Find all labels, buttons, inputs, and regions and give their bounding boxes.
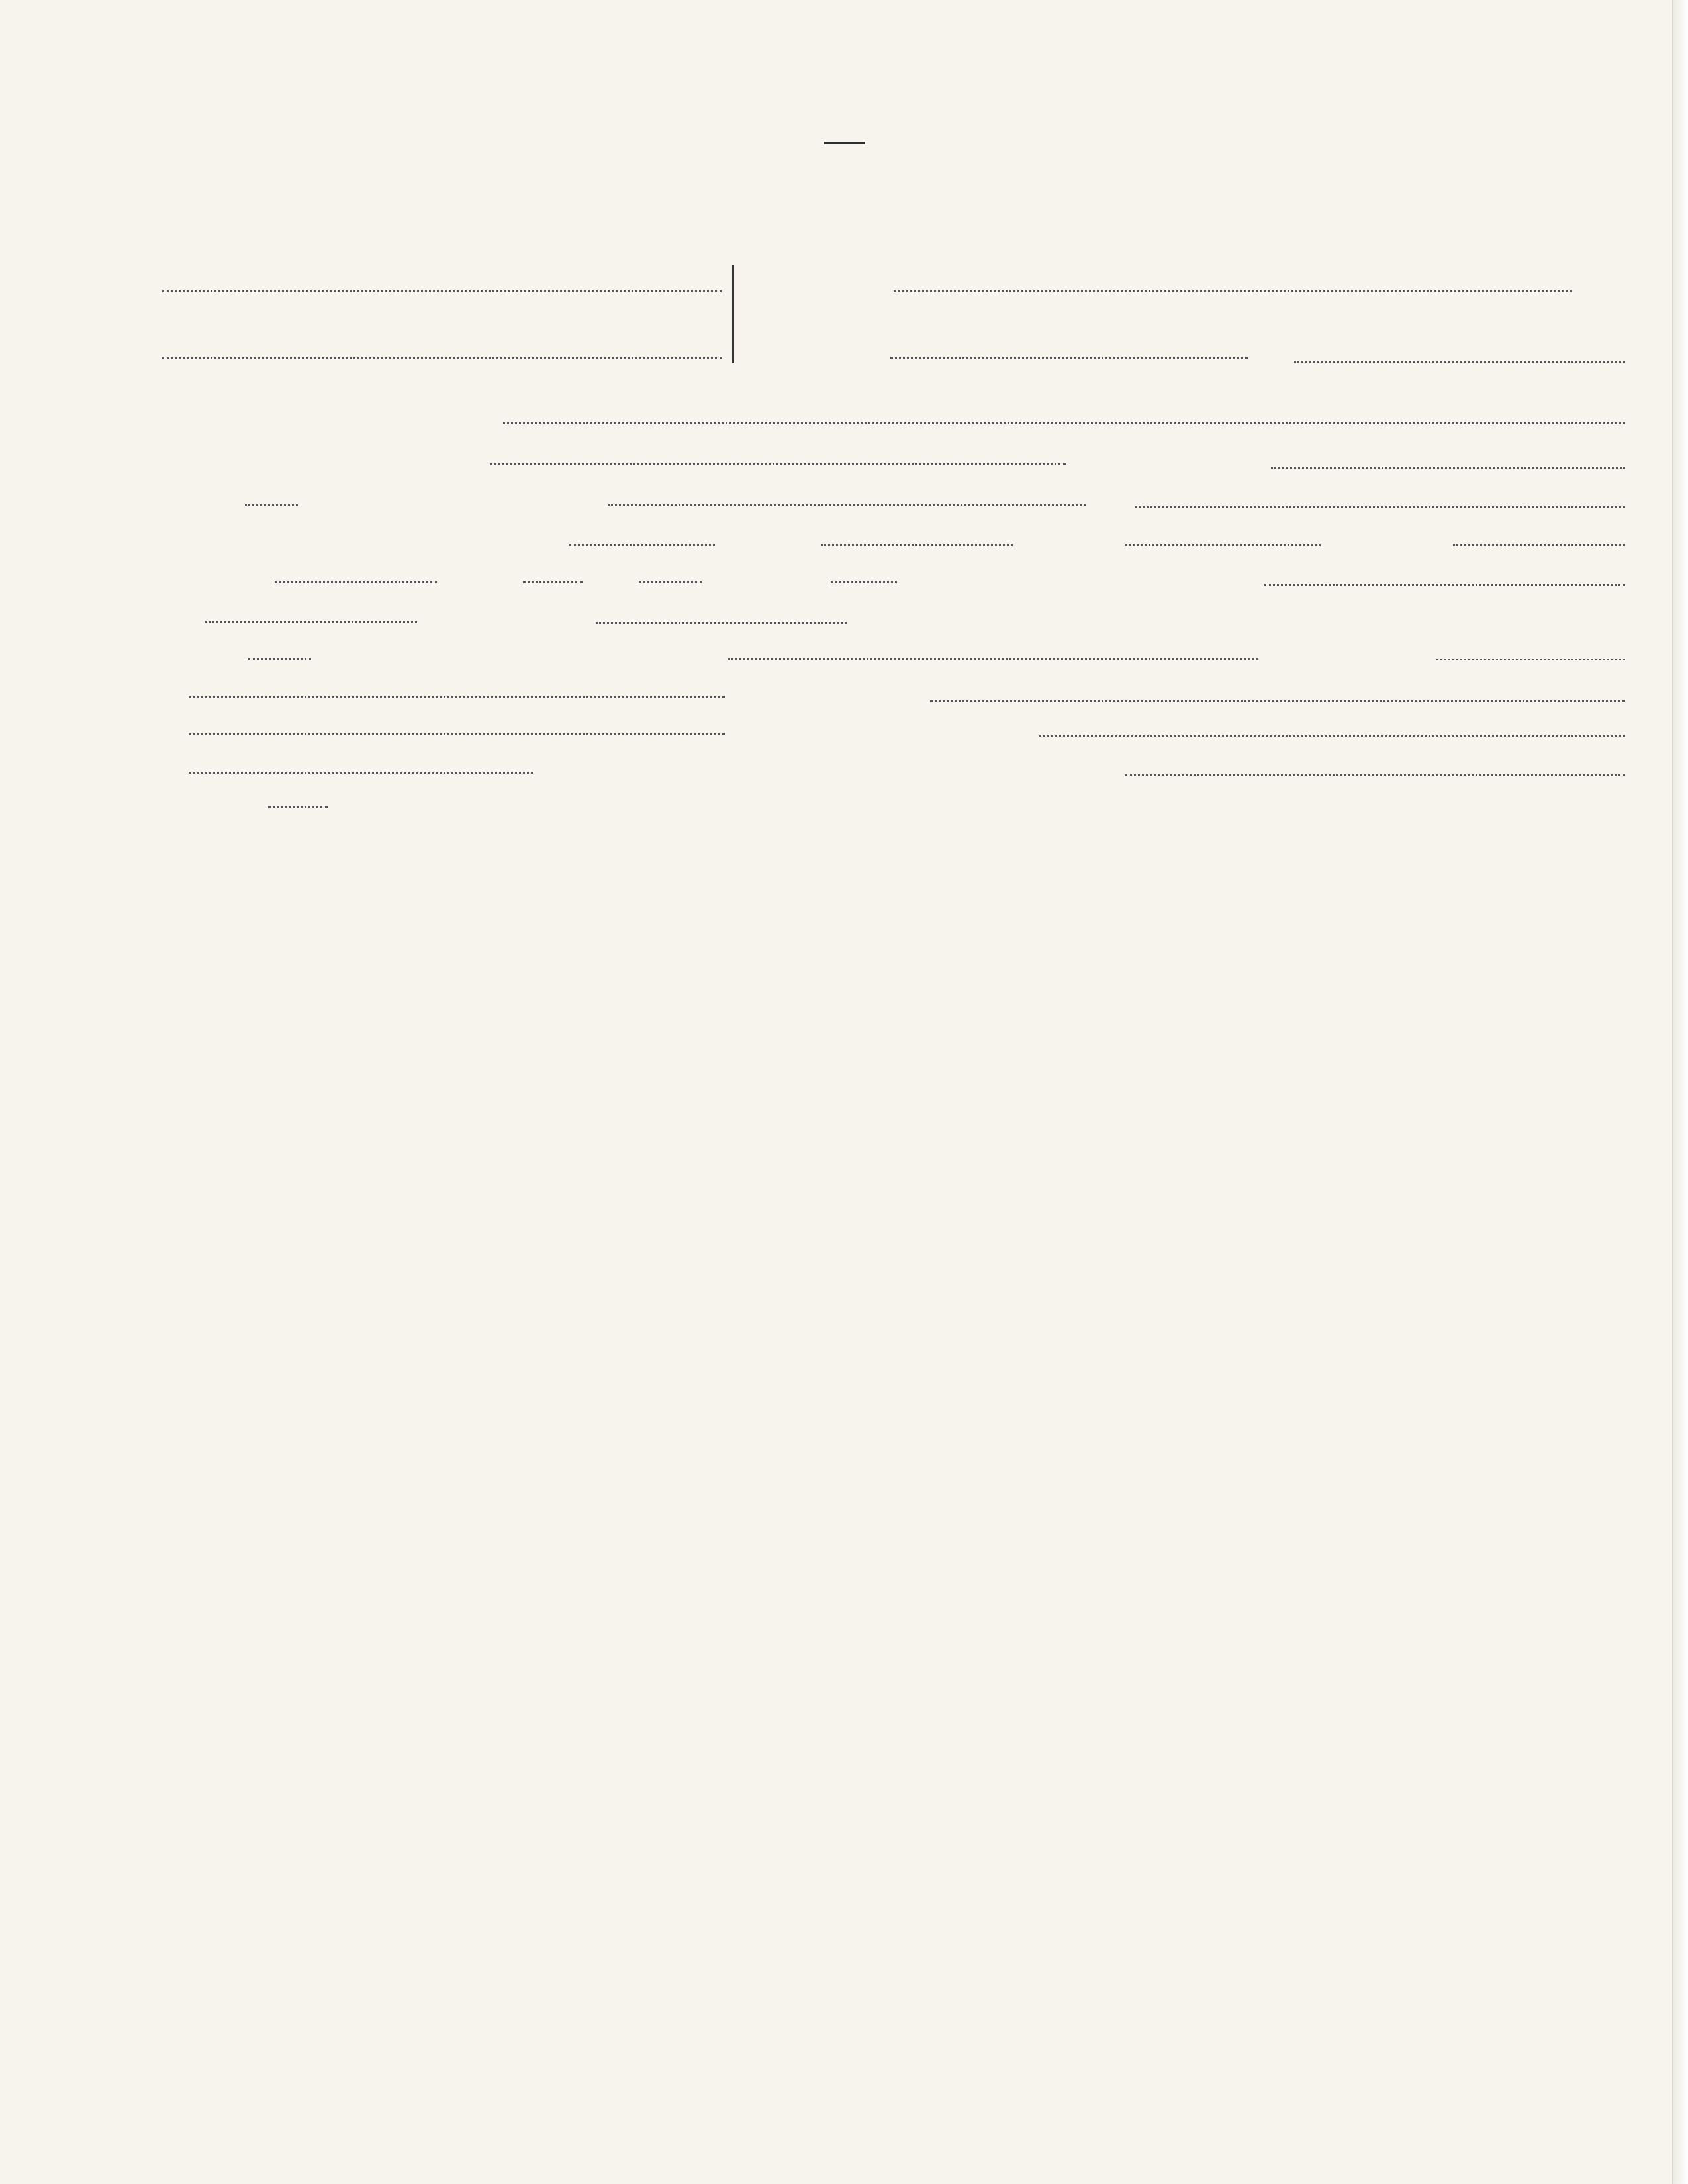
q2-line <box>490 463 1066 465</box>
venue-country-line <box>162 290 722 292</box>
q4-line <box>245 504 298 506</box>
married-place-line <box>189 696 725 698</box>
spouse-entry-place-line <box>1039 735 1625 737</box>
race-line <box>205 621 417 623</box>
complexion-line <box>1125 544 1321 546</box>
spouse-birthplace-line <box>930 700 1625 702</box>
spouse-entry-date-line <box>189 772 533 774</box>
hair-line <box>275 581 437 583</box>
sex-line <box>569 544 715 546</box>
color-line <box>821 544 1013 546</box>
height-feet-line <box>523 581 583 583</box>
court-type-line <box>894 290 1572 292</box>
venue-brace <box>726 265 734 363</box>
q3-line <box>1271 467 1625 469</box>
q1-line <box>503 422 1625 424</box>
court-of-line <box>890 357 1248 359</box>
court-location-line <box>1294 361 1625 363</box>
q5-line <box>608 504 1086 506</box>
declaration-of-intention-document <box>0 0 1688 2184</box>
spouse-residence-line <box>1125 774 1625 776</box>
weight-line <box>831 581 897 583</box>
spouse-name-line <box>728 658 1258 660</box>
page-edge <box>1672 0 1688 2184</box>
nationality-line <box>596 622 847 624</box>
q7-married-line <box>248 658 311 660</box>
height-inches-line <box>639 581 702 583</box>
spouse-birthdate-line <box>189 733 725 735</box>
eyes-line <box>1453 544 1625 546</box>
q5-place-line <box>1135 506 1625 508</box>
marks-line <box>1264 584 1625 586</box>
married-date-line <box>1436 659 1625 660</box>
title-divider <box>824 142 865 144</box>
venue-district-line <box>162 357 722 359</box>
children-line <box>268 806 328 808</box>
